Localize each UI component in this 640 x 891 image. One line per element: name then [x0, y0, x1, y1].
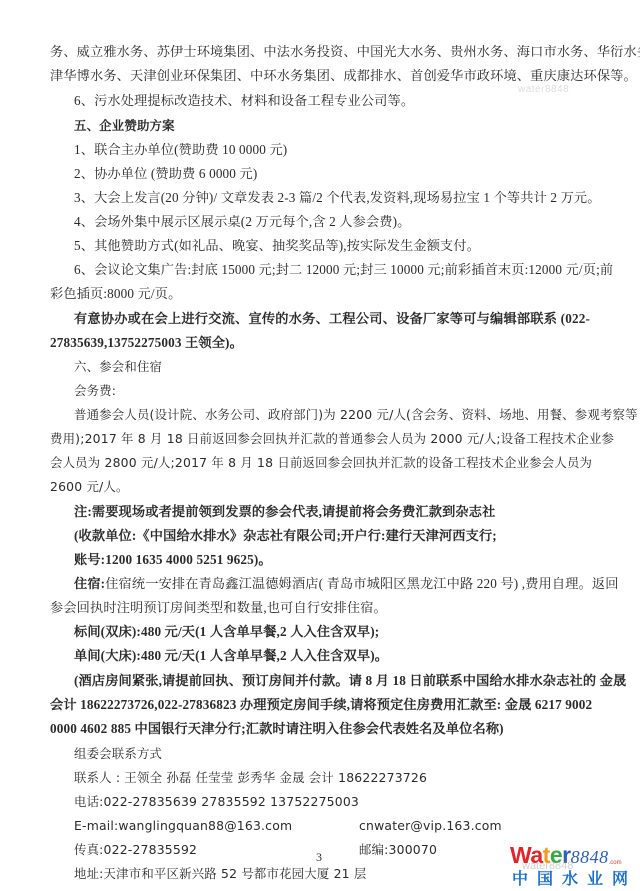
- lodging-text: 住宿统一安排在青岛鑫江温德姆酒店( 青岛市城阳区黑龙江中路 220 号) ,费用…: [105, 576, 618, 591]
- lodging-line-1: 住宿:住宿统一安排在青岛鑫江温德姆酒店( 青岛市城阳区黑龙江中路 220 号) …: [74, 574, 590, 594]
- organizer-email-a[interactable]: E-mail:wanglingquan88@163.com: [74, 816, 359, 836]
- fee-line-2: 费用);2017 年 8 月 18 日前返回参会回执并汇款的普通参会人员为 20…: [50, 429, 590, 449]
- room-standard: 标间(双床):480 元/天(1 人含单早餐,2 人入住含双早);: [74, 622, 590, 642]
- fee-line-4: 2600 元/人。: [50, 477, 590, 497]
- sponsor-item-4: 4、会场外集中展示区展示桌(2 万元每个,含 2 人参会费)。: [74, 212, 590, 232]
- logo-number: 8848: [571, 847, 609, 867]
- intro-item-6: 6、污水处理提标改造技术、材料和设备工程专业公司等。: [74, 91, 590, 111]
- sponsor-item-2: 2、协办单位 (赞助费 6 0000 元): [74, 164, 590, 184]
- sponsor-contact-line-1: 有意协办或在会上进行交流、宣传的水务、工程公司、设备厂家等可与编辑部联系 (02…: [74, 309, 590, 329]
- faint-watermark-text: water8848: [518, 84, 569, 95]
- organizer-title: 组委会联系方式: [74, 744, 590, 764]
- sponsor-item-1: 1、联合主办单位(赞助费 10 0000 元): [74, 140, 590, 160]
- invoice-note: 注:需要现场或者提前领到发票的参会代表,请提前将会务费汇款到杂志社: [74, 502, 590, 522]
- booking-line-1: (酒店房间紧张,请提前回执、预订房间并付款。请 8 月 18 日前联系中国给水排…: [74, 671, 590, 691]
- sponsor-contact-line-2: 27835639,13752275003 王领全)。: [50, 333, 590, 353]
- intro-line-1: 务、威立雅水务、苏伊士环境集团、中法水务投资、中国光大水务、贵州水务、海口市水务…: [50, 42, 590, 62]
- logo-chinese-name: 中国水业网: [512, 866, 637, 889]
- booking-line-2: 会计 18622273726,022-27836823 办理预定房间手续,请将预…: [50, 695, 590, 715]
- account-number: 账号:1200 1635 4000 5251 9625)。: [74, 550, 590, 570]
- organizer-email-row: E-mail:wanglingquan88@163.com cnwater@vi…: [74, 816, 590, 836]
- intro-line-2: 津华博水务、天津创业环保集团、中环水务集团、成都排水、首创爱华市政环境、重庆康达…: [50, 66, 590, 86]
- fee-label: 会务费:: [74, 381, 590, 401]
- document-page: 务、威立雅水务、苏伊士环境集团、中法水务投资、中国光大水务、贵州水务、海口市水务…: [0, 0, 640, 891]
- organizer-postcode: 邮编:300070: [359, 840, 437, 860]
- payee-info: (收款单位:《中国给水排水》杂志社有限公司;开户行:建行天津河西支行;: [74, 526, 590, 546]
- organizer-phone: 电话:022-27835639 27835592 13752275003: [74, 792, 590, 812]
- sponsor-item-6-line-1: 6、会议论文集广告:封底 15000 元;封二 12000 元;封三 10000…: [74, 260, 590, 280]
- lodging-label: 住宿:: [74, 576, 105, 591]
- booking-line-3: 0000 4602 885 中国银行天津分行;汇款时请注明入住参会代表姓名及单位…: [50, 719, 590, 739]
- organizer-contacts: 联系人 : 王领全 孙磊 任莹莹 彭秀华 金晟 会计 18622273726: [74, 768, 590, 788]
- lodging-line-2: 参会回执时注明预订房间类型和数量,也可自行安排住宿。: [50, 598, 590, 618]
- sponsor-item-6-line-2: 彩色插页:8000 元/页。: [50, 284, 590, 304]
- sponsor-item-3: 3、大会上发言(20 分钟)/ 文章发表 2-3 篇/2 个代表,发资料,现场易…: [74, 188, 590, 208]
- sponsor-item-5: 5、其他赞助方式(如礼品、晚宴、抽奖奖品等),按实际发生金额支付。: [74, 236, 590, 256]
- page-number: 3: [316, 850, 322, 865]
- section-5-title: 五、企业赞助方案: [74, 116, 590, 136]
- fee-line-3: 会人员为 2800 元/人;2017 年 8 月 18 日前返回参会回执并汇款的…: [50, 453, 590, 473]
- section-6-title: 六、参会和住宿: [74, 357, 590, 377]
- room-single: 单间(大床):480 元/天(1 人含单早餐,2 人入住含双早)。: [74, 646, 590, 666]
- water8848-logo: Water8848.com water8848 中国水业网: [510, 844, 636, 888]
- fee-line-1: 普通参会人员(设计院、水务公司、政府部门)为 2200 元/人(含会务、资料、场…: [74, 405, 590, 425]
- organizer-email-b[interactable]: cnwater@vip.163.com: [359, 816, 502, 836]
